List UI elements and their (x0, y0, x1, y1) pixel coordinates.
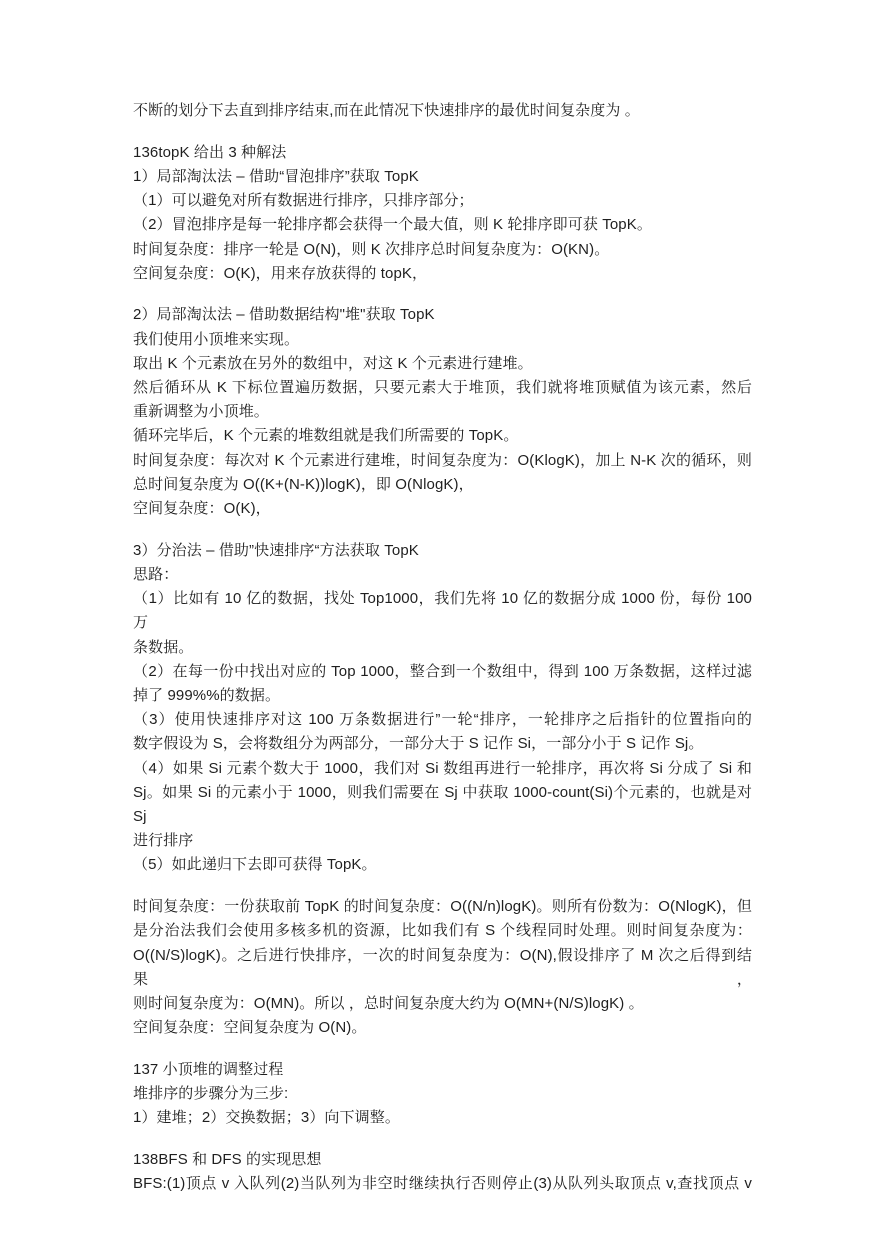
paragraph: （1）可以避免对所有数据进行排序，只排序部分； (133, 189, 752, 213)
paragraph: 空间复杂度：O(K)， (133, 497, 752, 521)
text-line: 137 小顶堆的调整过程 (133, 1058, 752, 1082)
paragraph: 空间复杂度：空间复杂度为 O(N)。 (133, 1016, 752, 1040)
paragraph: 循环完毕后，K 个元素的堆数组就是我们所需要的 TopK。 (133, 424, 752, 448)
text-line: BFS:(1)顶点 v 入队列(2)当队列为非空时继续执行否则停止(3)从队列头… (133, 1172, 752, 1196)
text-line: （1）比如有 10 亿的数据，找处 Top1000，我们先将 10 亿的数据分成… (133, 587, 752, 635)
method-3-complexity: 时间复杂度：一份获取前 TopK 的时间复杂度：O((N/n)logK)。则所有… (133, 895, 752, 1040)
paragraph: （2）冒泡排序是每一轮排序都会获得一个最大值，则 K 轮排序即可获 TopK。 (133, 213, 752, 237)
text-line: 136topK 给出 3 种解法 (133, 141, 752, 165)
text-line: （2）在每一份中找出对应的 Top 1000，整合到一个数组中，得到 100 万… (133, 660, 752, 684)
paragraph: 取出 K 个元素放在另外的数组中，对这 K 个元素进行建堆。 (133, 352, 752, 376)
text-line: Sj。如果 Si 的元素小于 1000，则我们需要在 Sj 中获取 1000-c… (133, 781, 752, 829)
section-137-min-heap-adjust: 137 小顶堆的调整过程堆排序的步骤分为三步:1）建堆；2）交换数据；3）向下调… (133, 1058, 752, 1131)
text-line: 总时间复杂度为 O((K+(N-K))logK)，即 O(NlogK)， (133, 473, 752, 497)
text-line: 空间复杂度：O(K)，用来存放获得的 topK， (133, 262, 752, 286)
document-page: 不断的划分下去直到排序结束,而在此情况下快速排序的最优时间复杂度为 。136to… (0, 0, 884, 1250)
paragraph: 不断的划分下去直到排序结束,而在此情况下快速排序的最优时间复杂度为 。 (133, 99, 752, 123)
paragraph: （5）如此递归下去即可获得 TopK。 (133, 853, 752, 877)
paragraph: 时间复杂度：每次对 K 个元素进行建堆，时间复杂度为：O(KlogK)，加上 N… (133, 449, 752, 497)
document-content: 不断的划分下去直到排序结束,而在此情况下快速排序的最优时间复杂度为 。136to… (133, 0, 752, 1196)
text-line: 堆排序的步骤分为三步: (133, 1082, 752, 1106)
paragraph: 138BFS 和 DFS 的实现思想 (133, 1148, 752, 1172)
text-line: 时间复杂度：一份获取前 TopK 的时间复杂度：O((N/n)logK)。则所有… (133, 895, 752, 919)
text-line: 时间复杂度：排序一轮是 O(N)，则 K 次排序总时间复杂度为：O(KN)。 (133, 238, 752, 262)
text-line: 时间复杂度：每次对 K 个元素进行建堆，时间复杂度为：O(KlogK)，加上 N… (133, 449, 752, 473)
paragraph: BFS:(1)顶点 v 入队列(2)当队列为非空时继续执行否则停止(3)从队列头… (133, 1172, 752, 1196)
para-quicksort-best-case: 不断的划分下去直到排序结束,而在此情况下快速排序的最优时间复杂度为 。 (133, 99, 752, 123)
text-line: 138BFS 和 DFS 的实现思想 (133, 1148, 752, 1172)
paragraph: 堆排序的步骤分为三步: (133, 1082, 752, 1106)
text-line: 取出 K 个元素放在另外的数组中，对这 K 个元素进行建堆。 (133, 352, 752, 376)
text-line: 我们使用小顶堆来实现。 (133, 328, 752, 352)
text-line: 1）建堆；2）交换数据；3）向下调整。 (133, 1106, 752, 1130)
paragraph: 思路： (133, 563, 752, 587)
text-line: 1）局部淘汰法 – 借助“冒泡排序”获取 TopK (133, 165, 752, 189)
text-line: 是分治法我们会使用多核多机的资源，比如我们有 S 个线程同时处理。则时间复杂度为… (133, 919, 752, 943)
text-line: （1）可以避免对所有数据进行排序，只排序部分； (133, 189, 752, 213)
text-line: （2）冒泡排序是每一轮排序都会获得一个最大值，则 K 轮排序即可获 TopK。 (133, 213, 752, 237)
text-line: 不断的划分下去直到排序结束,而在此情况下快速排序的最优时间复杂度为 。 (133, 99, 752, 123)
section-136-topk: 136topK 给出 3 种解法1）局部淘汰法 – 借助“冒泡排序”获取 Top… (133, 141, 752, 286)
method-2-heap: 2）局部淘汰法 – 借助数据结构"堆"获取 TopK我们使用小顶堆来实现。取出 … (133, 303, 752, 521)
paragraph: 136topK 给出 3 种解法 (133, 141, 752, 165)
paragraph: （2）在每一份中找出对应的 Top 1000，整合到一个数组中，得到 100 万… (133, 660, 752, 708)
paragraph: 137 小顶堆的调整过程 (133, 1058, 752, 1082)
paragraph: 时间复杂度：一份获取前 TopK 的时间复杂度：O((N/n)logK)。则所有… (133, 895, 752, 1016)
paragraph: 然后循环从 K 下标位置遍历数据，只要元素大于堆顶，我们就将堆顶赋值为该元素，然… (133, 376, 752, 424)
text-line: 思路： (133, 563, 752, 587)
paragraph: （1）比如有 10 亿的数据，找处 Top1000，我们先将 10 亿的数据分成… (133, 587, 752, 660)
paragraph: （4）如果 Si 元素个数大于 1000，我们对 Si 数组再进行一轮排序，再次… (133, 757, 752, 854)
text-line: （4）如果 Si 元素个数大于 1000，我们对 Si 数组再进行一轮排序，再次… (133, 757, 752, 781)
text-line: 数字假设为 S，会将数组分为两部分，一部分大于 S 记作 Si，一部分小于 S … (133, 732, 752, 756)
text-line: 空间复杂度：空间复杂度为 O(N)。 (133, 1016, 752, 1040)
text-line: （3）使用快速排序对这 100 万条数据进行”一轮“排序，一轮排序之后指针的位置… (133, 708, 752, 732)
text-line: 空间复杂度：O(K)， (133, 497, 752, 521)
text-line: 则时间复杂度为：O(MN)。所以 ，总时间复杂度大约为 O(MN+(N/S)lo… (133, 992, 752, 1016)
text-line: （5）如此递归下去即可获得 TopK。 (133, 853, 752, 877)
text-line: 条数据。 (133, 636, 752, 660)
method-3-divide-conquer: 3）分治法 – 借助”快速排序“方法获取 TopK思路：（1）比如有 10 亿的… (133, 539, 752, 878)
paragraph: （3）使用快速排序对这 100 万条数据进行”一轮“排序，一轮排序之后指针的位置… (133, 708, 752, 756)
paragraph: 2）局部淘汰法 – 借助数据结构"堆"获取 TopK (133, 303, 752, 327)
text-line: 3）分治法 – 借助”快速排序“方法获取 TopK (133, 539, 752, 563)
text-line: 掉了 999%%的数据。 (133, 684, 752, 708)
text-line: 重新调整为小顶堆。 (133, 400, 752, 424)
paragraph: 1）建堆；2）交换数据；3）向下调整。 (133, 1106, 752, 1130)
text-line: O((N/S)logK)。之后进行快排序，一次的时间复杂度为：O(N),假设排序… (133, 944, 752, 992)
paragraph: 时间复杂度：排序一轮是 O(N)，则 K 次排序总时间复杂度为：O(KN)。 (133, 238, 752, 262)
section-138-bfs-dfs: 138BFS 和 DFS 的实现思想BFS:(1)顶点 v 入队列(2)当队列为… (133, 1148, 752, 1196)
paragraph: 1）局部淘汰法 – 借助“冒泡排序”获取 TopK (133, 165, 752, 189)
text-line: 进行排序 (133, 829, 752, 853)
paragraph: 空间复杂度：O(K)，用来存放获得的 topK， (133, 262, 752, 286)
paragraph: 我们使用小顶堆来实现。 (133, 328, 752, 352)
text-line: 然后循环从 K 下标位置遍历数据，只要元素大于堆顶，我们就将堆顶赋值为该元素，然… (133, 376, 752, 400)
paragraph: 3）分治法 – 借助”快速排序“方法获取 TopK (133, 539, 752, 563)
text-line: 2）局部淘汰法 – 借助数据结构"堆"获取 TopK (133, 303, 752, 327)
text-line: 循环完毕后，K 个元素的堆数组就是我们所需要的 TopK。 (133, 424, 752, 448)
